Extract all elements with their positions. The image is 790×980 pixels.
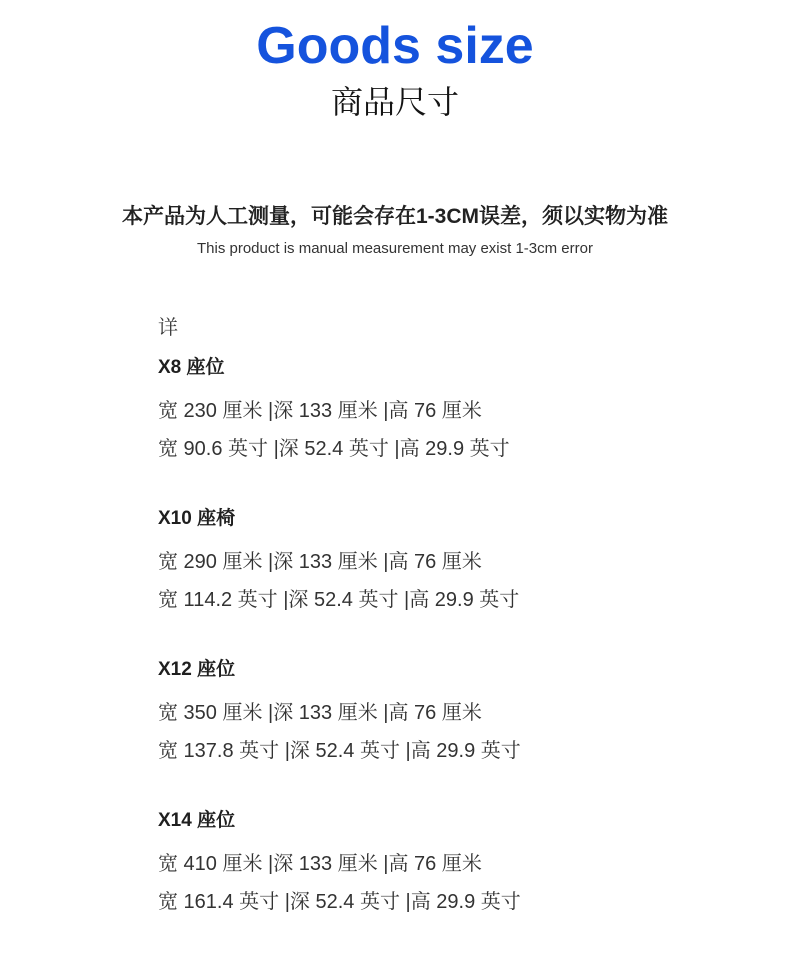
size-metric-line: 宽 230 厘米 |深 133 厘米 |高 76 厘米	[158, 399, 790, 423]
size-imperial-line: 宽 114.2 英寸 |深 52.4 英寸 |高 29.9 英寸	[158, 588, 790, 612]
page-header: Goods size 商品尺寸	[0, 0, 790, 120]
size-section-title: X12 座位	[158, 658, 790, 682]
goods-size-page: Goods size 商品尺寸 本产品为人工测量，可能会存在1-3CM误差，须以…	[0, 0, 790, 980]
page-title-english: Goods size	[0, 18, 790, 74]
size-metric-line: 宽 350 厘米 |深 133 厘米 |高 76 厘米	[158, 701, 790, 725]
details-label: 详	[158, 316, 790, 340]
size-imperial-line: 宽 161.4 英寸 |深 52.4 英寸 |高 29.9 英寸	[158, 890, 790, 914]
size-section-x14: X14 座位 宽 410 厘米 |深 133 厘米 |高 76 厘米 宽 161…	[158, 809, 790, 914]
size-section-title: X8 座位	[158, 356, 790, 380]
size-metric-line: 宽 410 厘米 |深 133 厘米 |高 76 厘米	[158, 852, 790, 876]
size-imperial-line: 宽 137.8 英寸 |深 52.4 英寸 |高 29.9 英寸	[158, 739, 790, 763]
size-section-x12: X12 座位 宽 350 厘米 |深 133 厘米 |高 76 厘米 宽 137…	[158, 658, 790, 763]
page-title-chinese: 商品尺寸	[0, 84, 790, 120]
size-section-x8: X8 座位 宽 230 厘米 |深 133 厘米 |高 76 厘米 宽 90.6…	[158, 356, 790, 461]
size-section-x10: X10 座椅 宽 290 厘米 |深 133 厘米 |高 76 厘米 宽 114…	[158, 507, 790, 612]
size-details-list: 详 X8 座位 宽 230 厘米 |深 133 厘米 |高 76 厘米 宽 90…	[158, 316, 790, 914]
disclaimer-english: This product is manual measurement may e…	[0, 240, 790, 258]
size-section-title: X10 座椅	[158, 507, 790, 531]
size-section-title: X14 座位	[158, 809, 790, 833]
disclaimer-chinese: 本产品为人工测量，可能会存在1-3CM误差，须以实物为准	[0, 204, 790, 230]
size-metric-line: 宽 290 厘米 |深 133 厘米 |高 76 厘米	[158, 550, 790, 574]
size-imperial-line: 宽 90.6 英寸 |深 52.4 英寸 |高 29.9 英寸	[158, 437, 790, 461]
measurement-disclaimer: 本产品为人工测量，可能会存在1-3CM误差，须以实物为准 This produc…	[0, 204, 790, 258]
